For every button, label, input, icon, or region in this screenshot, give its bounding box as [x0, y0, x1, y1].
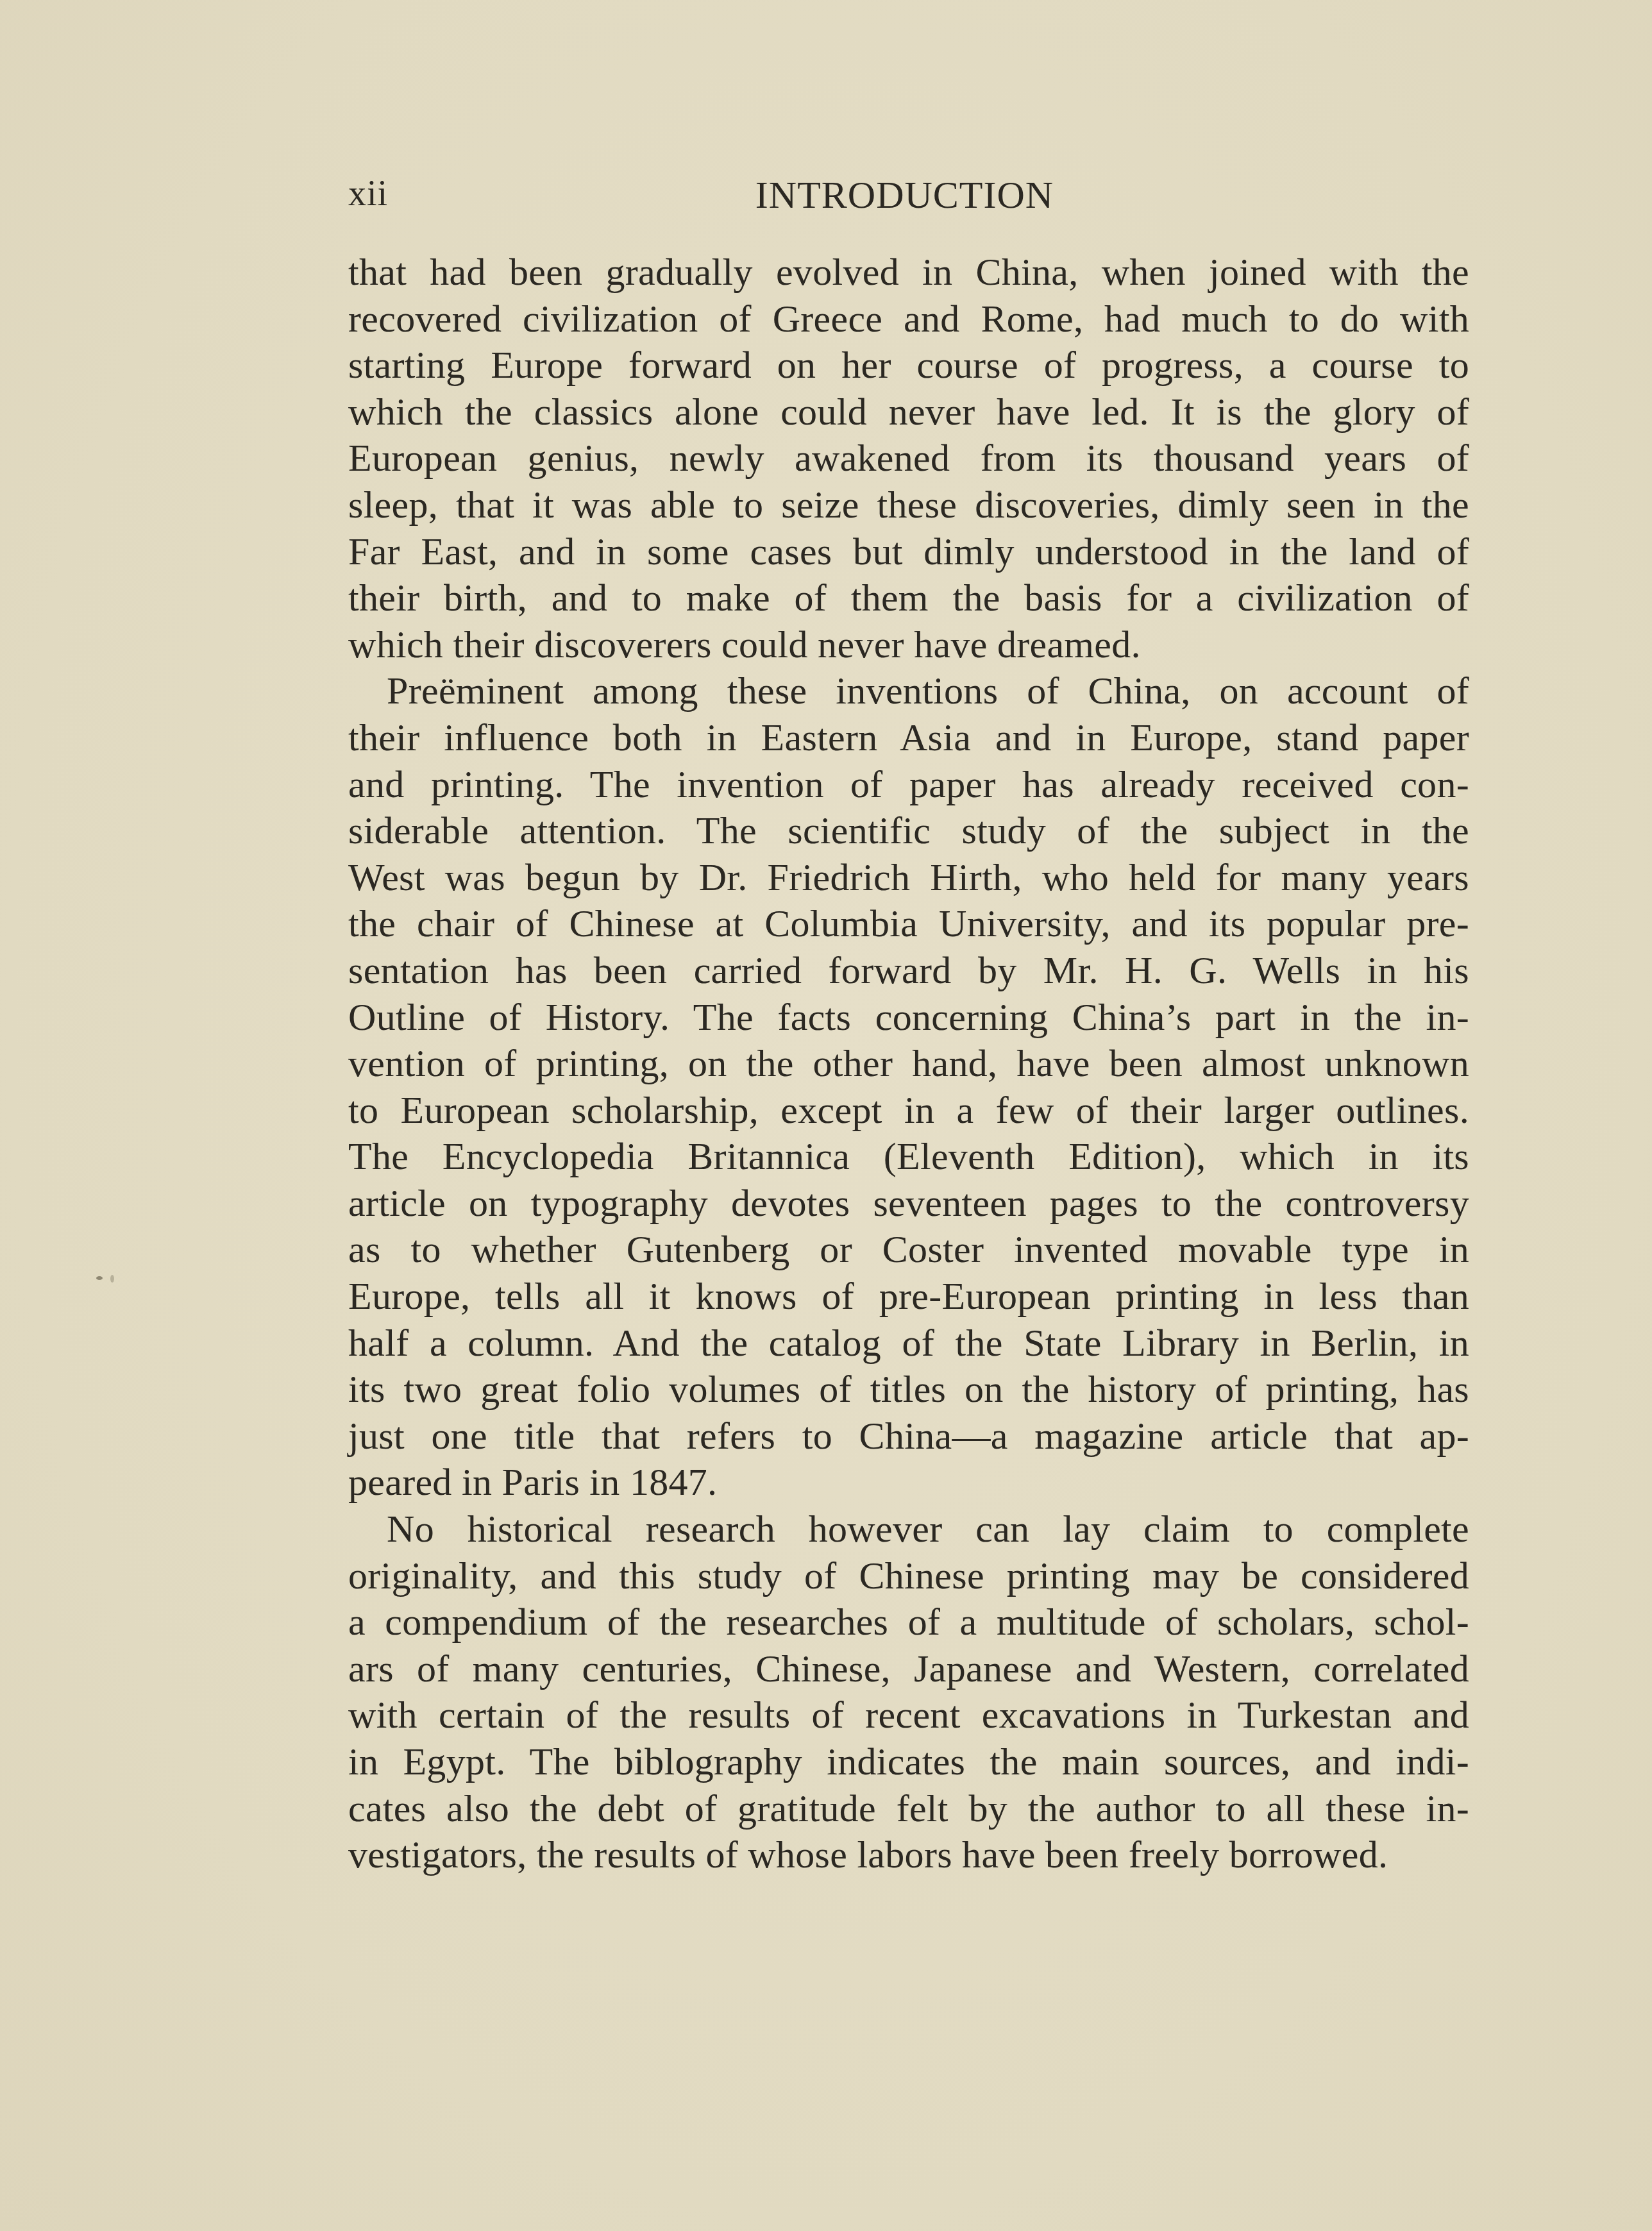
body-text: that had been gradually evolved in China… — [348, 249, 1469, 1878]
paper-speck — [110, 1275, 114, 1283]
text-line: ars of many centuries, Chinese, Japanese… — [348, 1646, 1469, 1692]
text-line: The Encyclopedia Britannica (Eleventh Ed… — [348, 1133, 1469, 1180]
paper-speck — [96, 1276, 103, 1280]
text-line: that had been gradually evolved in China… — [348, 249, 1469, 296]
text-line: half a column. And the catalog of the St… — [348, 1320, 1469, 1367]
paragraph: that had been gradually evolved in China… — [348, 249, 1469, 668]
text-line: peared in Paris in 1847. — [348, 1459, 1469, 1506]
text-line: recovered civilization of Greece and Rom… — [348, 296, 1469, 342]
text-line: sleep, that it was able to seize these d… — [348, 482, 1469, 528]
text-line: starting Europe forward on her course of… — [348, 342, 1469, 389]
text-line: which the classics alone could never hav… — [348, 389, 1469, 435]
text-line: vestigators, the results of whose labors… — [348, 1831, 1469, 1878]
text-line: Outline of History. The facts concerning… — [348, 994, 1469, 1041]
running-head: xii INTRODUCTION — [348, 173, 1461, 224]
text-line: their birth, and to make of them the bas… — [348, 575, 1469, 621]
text-line: West was begun by Dr. Friedrich Hirth, w… — [348, 854, 1469, 901]
text-line: to European scholarship, except in a few… — [348, 1087, 1469, 1134]
text-line: vention of printing, on the other hand, … — [348, 1040, 1469, 1087]
text-line: Europe, tells all it knows of pre-Europe… — [348, 1273, 1469, 1320]
text-line: sentation has been carried forward by Mr… — [348, 947, 1469, 994]
text-line: European genius, newly awakened from its… — [348, 435, 1469, 482]
text-line: originality, and this study of Chinese p… — [348, 1553, 1469, 1599]
text-line: its two great folio volumes of titles on… — [348, 1366, 1469, 1413]
text-line: No historical research however can lay c… — [348, 1506, 1469, 1553]
paragraph: No historical research however can lay c… — [348, 1506, 1469, 1878]
text-line: their influence both in Eastern Asia and… — [348, 714, 1469, 761]
text-line: Far East, and in some cases but dimly un… — [348, 528, 1469, 575]
running-head-title: INTRODUCTION — [348, 173, 1461, 217]
paragraph: Preëminent among these inventions of Chi… — [348, 668, 1469, 1506]
text-line: the chair of Chinese at Columbia Univers… — [348, 900, 1469, 947]
text-line: which their discoverers could never have… — [348, 621, 1469, 668]
text-line: as to whether Gutenberg or Coster invent… — [348, 1226, 1469, 1273]
text-line: cates also the debt of gratitude felt by… — [348, 1785, 1469, 1832]
text-line: article on typography devotes seventeen … — [348, 1180, 1469, 1227]
text-line: siderable attention. The scientific stud… — [348, 807, 1469, 854]
text-line: just one title that refers to China—a ma… — [348, 1413, 1469, 1460]
text-line: in Egypt. The biblography indicates the … — [348, 1738, 1469, 1785]
book-page: xii INTRODUCTION that had been gradually… — [0, 0, 1652, 2231]
text-line: a compendium of the researches of a mult… — [348, 1599, 1469, 1646]
text-line: and printing. The invention of paper has… — [348, 761, 1469, 808]
text-line: with certain of the results of recent ex… — [348, 1692, 1469, 1738]
text-line: Preëminent among these inventions of Chi… — [348, 668, 1469, 714]
